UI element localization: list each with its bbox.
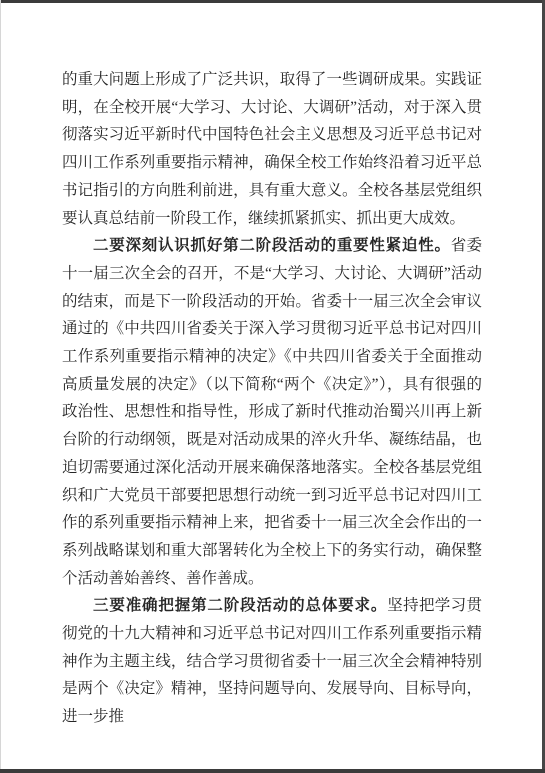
paragraph-point-three: 三要准确把握第二阶段活动的总体要求。坚持把学习贯彻党的十九大精神和习近平总书记对… bbox=[62, 592, 482, 731]
paragraph-lead-bold: 三要准确把握第二阶段活动的总体要求。 bbox=[93, 597, 387, 614]
page-bottom-edge bbox=[0, 769, 545, 773]
paragraph-continuation: 的重大问题上形成了广泛共识，取得了一些调研成果。实践证明，在全校开展“大学习、大… bbox=[62, 66, 482, 232]
paragraph-text: 的重大问题上形成了广泛共识，取得了一些调研成果。实践证明，在全校开展“大学习、大… bbox=[62, 71, 482, 227]
page-top-edge bbox=[0, 0, 545, 3]
page-body-text: 的重大问题上形成了广泛共识，取得了一些调研成果。实践证明，在全校开展“大学习、大… bbox=[62, 66, 482, 731]
document-page: 的重大问题上形成了广泛共识，取得了一些调研成果。实践证明，在全校开展“大学习、大… bbox=[0, 0, 545, 773]
paragraph-text: 坚持把学习贯彻党的十九大精神和习近平总书记对四川工作系列重要指示精神作为主题主线… bbox=[62, 597, 482, 725]
paragraph-text: 省委十一届三次全会的召开，不是“大学习、大讨论、大调研”活动的结束，而是下一阶段… bbox=[62, 237, 482, 586]
paragraph-point-two: 二要深刻认识抓好第二阶段活动的重要性紧迫性。省委十一届三次全会的召开，不是“大学… bbox=[62, 232, 482, 592]
paragraph-lead-bold: 二要深刻认识抓好第二阶段活动的重要性紧迫性。 bbox=[93, 237, 451, 254]
page-left-edge bbox=[0, 0, 1, 773]
